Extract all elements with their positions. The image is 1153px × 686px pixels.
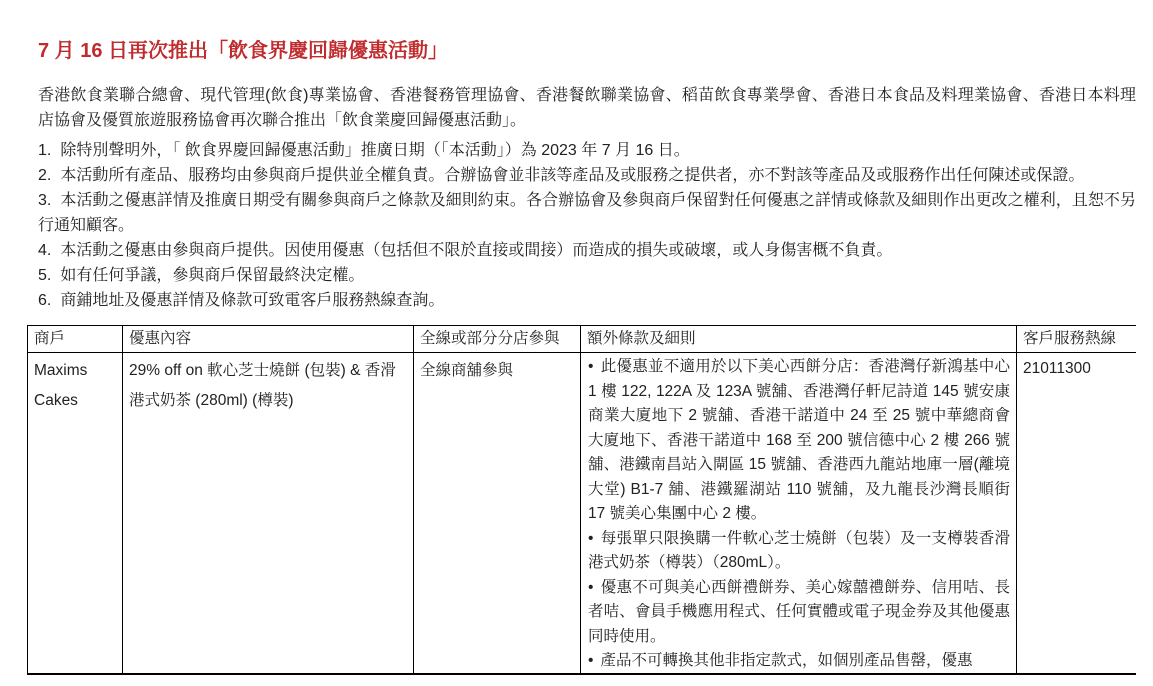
term-text: 本活動之優惠由參與商戶提供。因使用優惠（包括但不限於直接或間接）而造成的損失或破…	[60, 242, 892, 259]
term-text: 如有任何爭議，參與商戶保留最終決定權。	[60, 267, 364, 284]
extra-terms-cell: •此優惠並不適用於以下美心西餅分店：香港灣仔新鴻基中心 1 樓 122, 122…	[581, 353, 1017, 675]
term-text: 商鋪地址及優惠詳情及條款可致電客戶服務熱線查詢。	[60, 292, 444, 309]
term-item: 2.本活動所有產品、服務均由參與商戶提供並全權負責。合辦協會並非該等產品及或服務…	[38, 163, 1136, 188]
bullet-item: •此優惠並不適用於以下美心西餅分店：香港灣仔新鴻基中心 1 樓 122, 122…	[588, 355, 1010, 527]
bullet-item: •產品不可轉換其他非指定款式，如個別產品售罄，優惠	[588, 649, 1010, 674]
term-number: 4.	[38, 242, 51, 259]
hotline-cell: 21011300	[1017, 353, 1137, 675]
column-header-participation: 全線或部分分店參與	[414, 326, 581, 353]
term-text: 本活動之優惠詳情及推廣日期受有關參與商戶之條款及細則約束。各合辦協會及參與商戶保…	[38, 192, 1136, 234]
term-number: 1.	[38, 142, 51, 159]
term-number: 6.	[38, 292, 51, 309]
term-number: 3.	[38, 192, 51, 209]
document-page: 7 月 16 日再次推出「飲食界慶回歸優惠活動」 香港飲食業聯合總會、現代管理(…	[0, 0, 1153, 686]
bullet-text: 每張單只限換購一件軟心芝士燒餅（包裝）及一支樽裝香滑港式奶茶（樽裝）（280mL…	[588, 530, 1010, 572]
term-item: 4.本活動之優惠由參與商戶提供。因使用優惠（包括但不限於直接或間接）而造成的損失…	[38, 238, 1136, 263]
term-item: 3.本活動之優惠詳情及推廣日期受有關參與商戶之條款及細則約束。各合辦協會及參與商…	[38, 188, 1136, 238]
page-title: 7 月 16 日再次推出「飲食界慶回歸優惠活動」	[38, 38, 1136, 64]
column-header-merchant: 商戶	[28, 326, 123, 353]
term-text: 除特別聲明外，「 飲食界慶回歸優惠活動」推廣日期（「本活動」）為 2023 年 …	[60, 142, 689, 159]
column-header-offer: 優惠內容	[123, 326, 414, 353]
bullet-text: 此優惠並不適用於以下美心西餅分店：香港灣仔新鴻基中心 1 樓 122, 122A…	[588, 358, 1010, 522]
term-item: 5.如有任何爭議，參與商戶保留最終決定權。	[38, 263, 1136, 288]
offers-table: 商戶 優惠內容 全線或部分分店參與 額外條款及細則 客戶服務熱線 Maxims …	[27, 325, 1136, 675]
bullet-item: •優惠不可與美心西餅禮餅券、美心嫁囍禮餅券、信用咭、長者咭、會員手機應用程式、任…	[588, 576, 1010, 650]
column-header-hotline: 客戶服務熱線	[1017, 326, 1137, 353]
term-number: 2.	[38, 167, 51, 184]
table-header-row: 商戶 優惠內容 全線或部分分店參與 額外條款及細則 客戶服務熱線	[28, 326, 1137, 353]
bullet-text: 產品不可轉換其他非指定款式，如個別產品售罄，優惠	[600, 652, 972, 669]
bullet-icon: •	[588, 530, 593, 547]
bullet-item: •每張單只限換購一件軟心芝士燒餅（包裝）及一支樽裝香滑港式奶茶（樽裝）（280m…	[588, 527, 1010, 576]
bullet-icon: •	[588, 358, 593, 375]
terms-list: 1.除特別聲明外，「 飲食界慶回歸優惠活動」推廣日期（「本活動」）為 2023 …	[38, 138, 1136, 313]
table-row: Maxims Cakes 29% off on 軟心芝士燒餅 (包裝) & 香滑…	[28, 353, 1137, 675]
term-item: 1.除特別聲明外，「 飲食界慶回歸優惠活動」推廣日期（「本活動」）為 2023 …	[38, 138, 1136, 163]
intro-paragraph: 香港飲食業聯合總會、現代管理(飲食)專業協會、香港餐務管理協會、香港餐飲聯業協會…	[38, 83, 1136, 133]
merchant-cell: Maxims Cakes	[28, 353, 123, 675]
term-text: 本活動所有產品、服務均由參與商戶提供並全權負責。合辦協會並非該等產品及或服務之提…	[60, 167, 1084, 184]
offer-cell: 29% off on 軟心芝士燒餅 (包裝) & 香滑港式奶茶 (280ml) …	[123, 353, 414, 675]
column-header-extra-terms: 額外條款及細則	[581, 326, 1017, 353]
bullet-icon: •	[588, 652, 593, 669]
participation-cell: 全線商舖參與	[414, 353, 581, 675]
bullet-text: 優惠不可與美心西餅禮餅券、美心嫁囍禮餅券、信用咭、長者咭、會員手機應用程式、任何…	[588, 579, 1010, 645]
bullet-icon: •	[588, 579, 593, 596]
term-item: 6.商鋪地址及優惠詳情及條款可致電客戶服務熱線查詢。	[38, 288, 1136, 313]
offers-table-wrap: 商戶 優惠內容 全線或部分分店參與 額外條款及細則 客戶服務熱線 Maxims …	[27, 325, 1136, 675]
term-number: 5.	[38, 267, 51, 284]
